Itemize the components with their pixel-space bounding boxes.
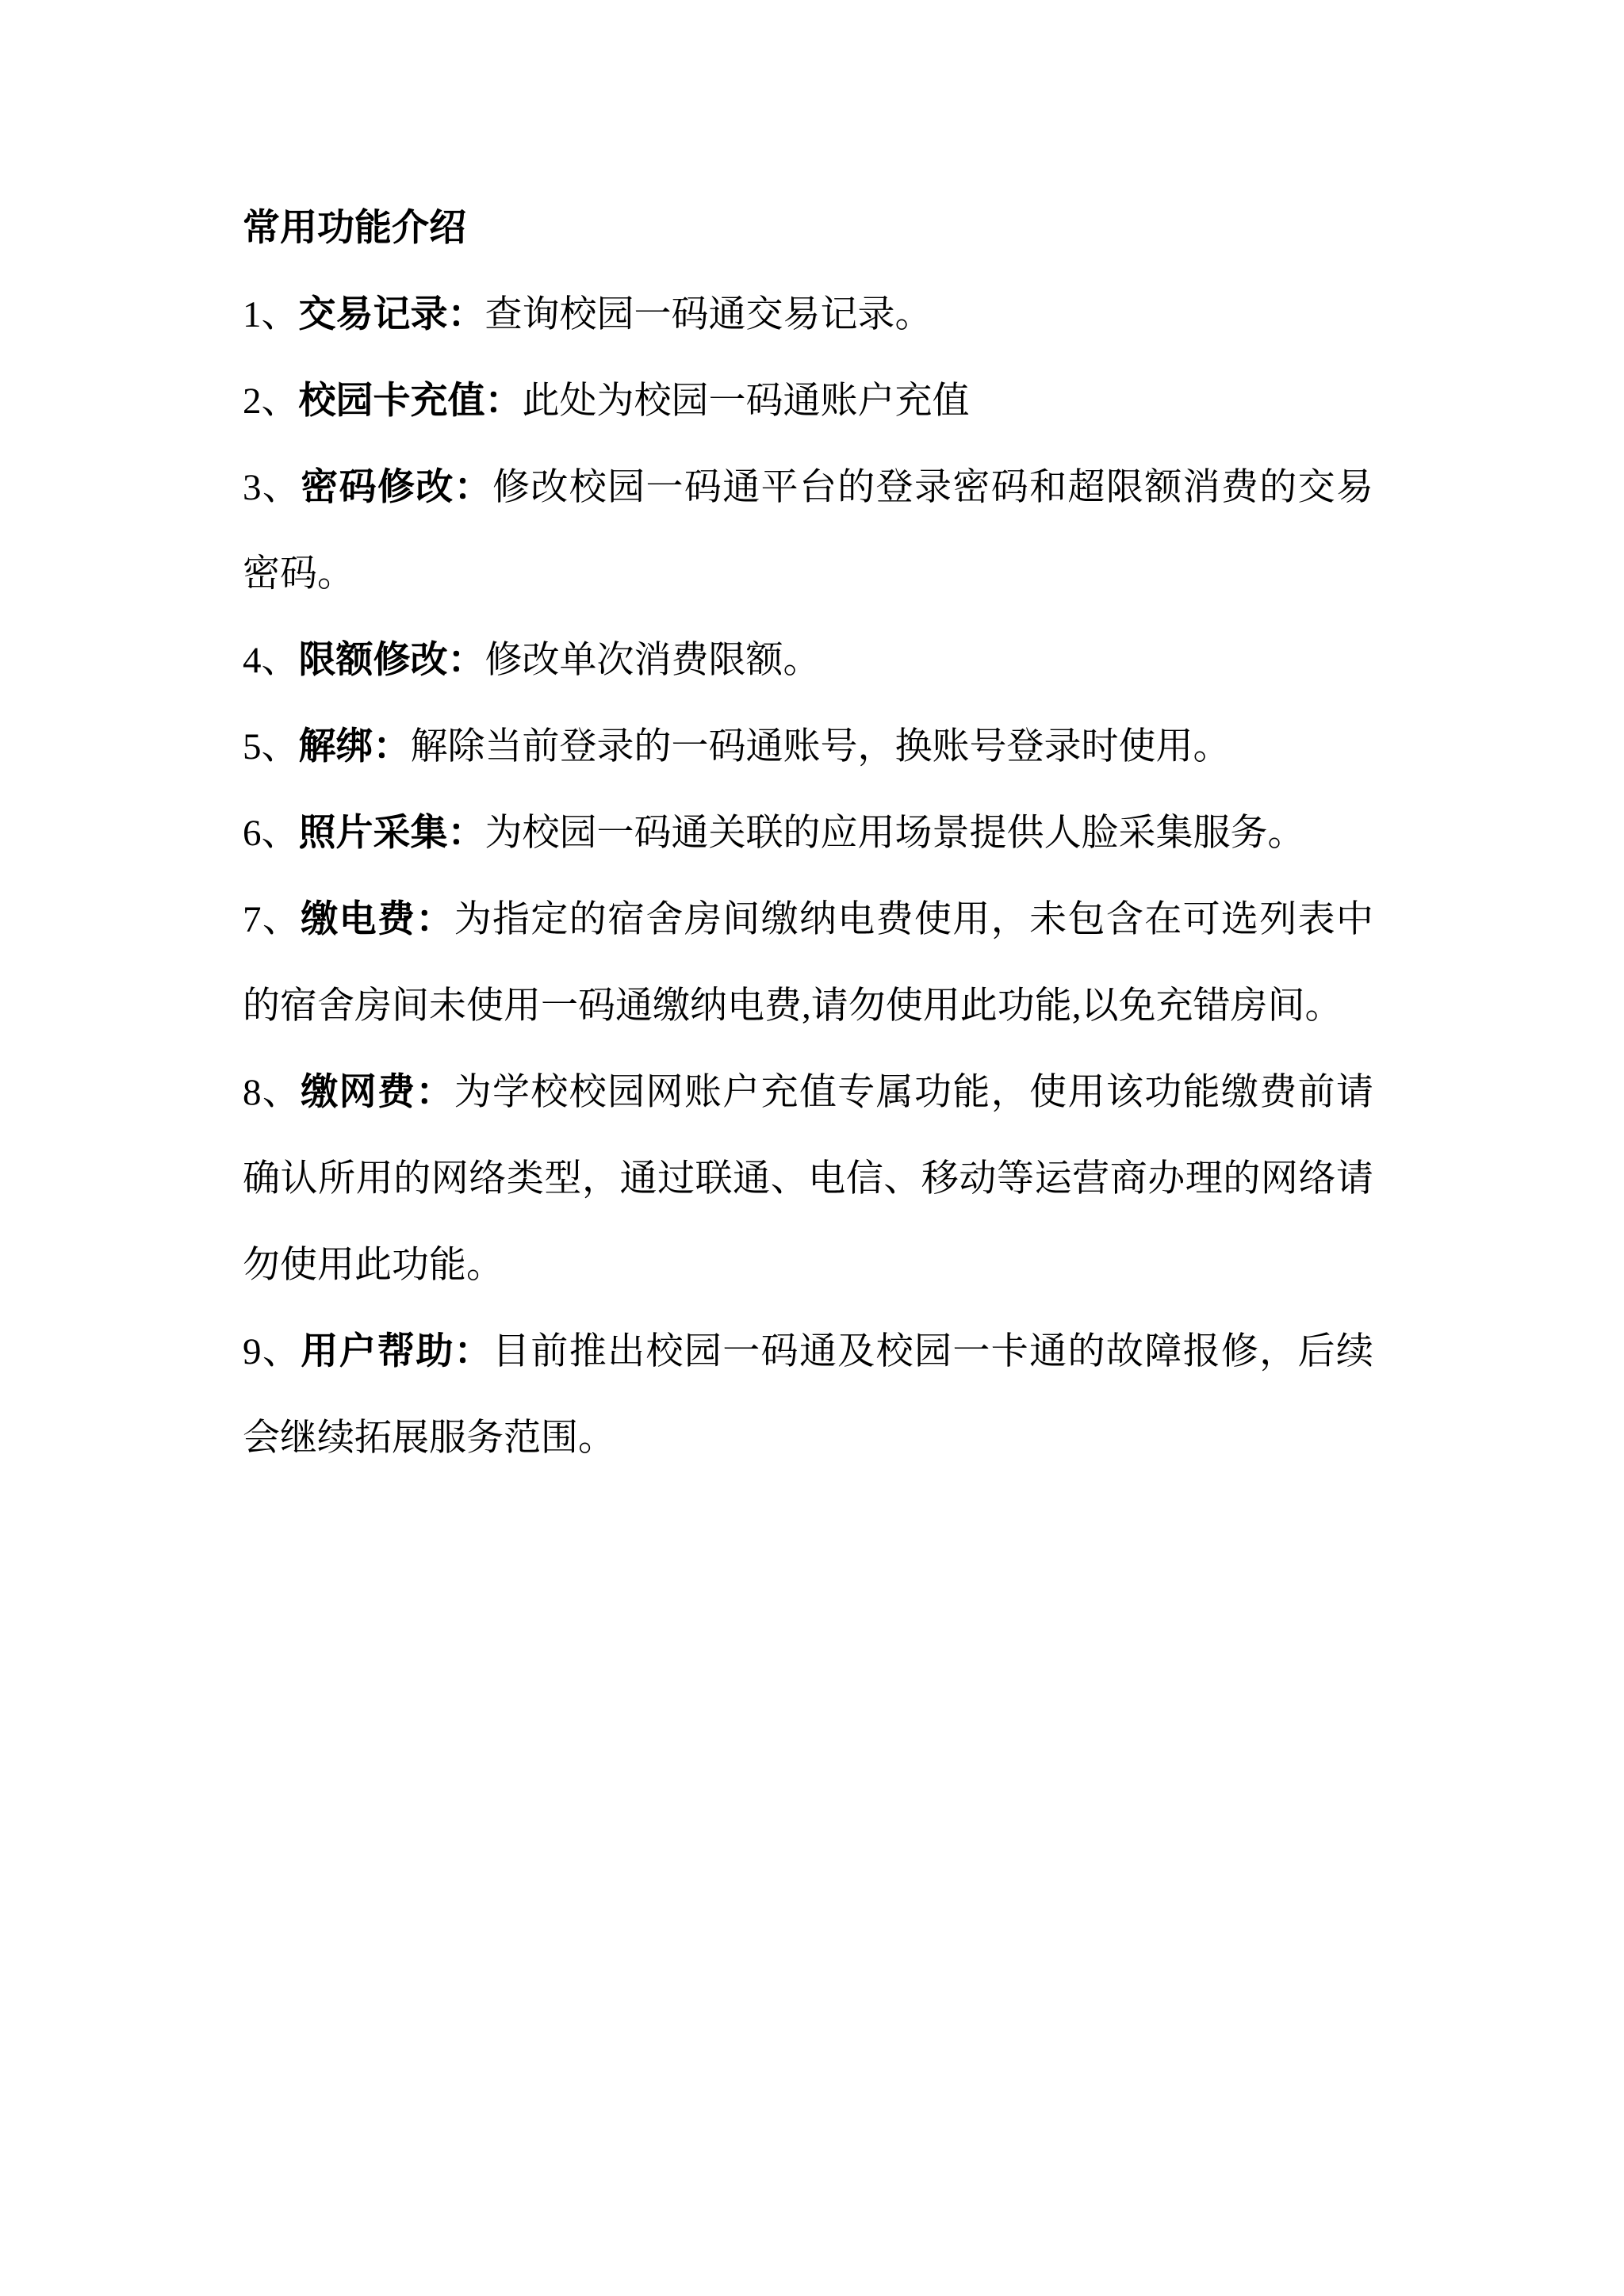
list-item: 2、校园卡充值：此处为校园一码通账户充值 [243, 358, 1373, 445]
item-name: 限额修改： [299, 640, 485, 681]
list-item: 9、用户帮助：目前推出校园一码通及校园一卡通的故障报修，后续会继续拓展服务范围。 [243, 1309, 1373, 1482]
item-name: 缴网费： [301, 1072, 454, 1113]
item-name: 用户帮助： [301, 1331, 492, 1372]
item-name: 解绑： [299, 726, 411, 767]
item-description: 修改单次消费限额。 [485, 640, 821, 681]
item-description: 查询校园一码通交易记录。 [485, 294, 933, 335]
item-description: 此处为校园一码通账户充值 [523, 381, 970, 422]
feature-list: 1、交易记录：查询校园一码通交易记录。 2、校园卡充值：此处为校园一码通账户充值… [243, 272, 1373, 1482]
item-number: 5、 [243, 726, 299, 767]
item-name: 校园卡充值： [299, 381, 523, 422]
item-number: 4、 [243, 640, 299, 681]
page-title: 常用功能介绍 [243, 186, 1373, 272]
list-item: 8、缴网费：为学校校园网账户充值专属功能，使用该功能缴费前请确认所用的网络类型，… [243, 1050, 1373, 1309]
item-name: 交易记录： [299, 294, 485, 335]
list-item: 4、限额修改：修改单次消费限额。 [243, 618, 1373, 704]
item-name: 密码修改： [301, 467, 492, 508]
list-item: 1、交易记录：查询校园一码通交易记录。 [243, 272, 1373, 358]
item-description: 解除当前登录的一码通账号，换账号登录时使用。 [411, 726, 1231, 767]
list-item: 5、解绑：解除当前登录的一码通账号，换账号登录时使用。 [243, 704, 1373, 790]
item-description: 为校园一码通关联的应用场景提供人脸采集服务。 [485, 813, 1305, 854]
document-content: 常用功能介绍 1、交易记录：查询校园一码通交易记录。 2、校园卡充值：此处为校园… [243, 186, 1373, 1482]
list-item: 6、照片采集：为校园一码通关联的应用场景提供人脸采集服务。 [243, 790, 1373, 877]
document-page: 常用功能介绍 1、交易记录：查询校园一码通交易记录。 2、校园卡充值：此处为校园… [0, 0, 1624, 2296]
item-number: 3、 [243, 467, 301, 508]
item-number: 6、 [243, 813, 299, 854]
item-number: 8、 [243, 1072, 301, 1113]
item-name: 缴电费： [301, 899, 454, 940]
item-number: 2、 [243, 381, 299, 422]
item-name: 照片采集： [299, 813, 485, 854]
item-number: 7、 [243, 899, 301, 940]
list-item: 3、密码修改：修改校园一码通平台的登录密码和超限额消费的交易密码。 [243, 445, 1373, 618]
item-number: 9、 [243, 1331, 301, 1372]
item-number: 1、 [243, 294, 299, 335]
list-item: 7、缴电费：为指定的宿舍房间缴纳电费使用，未包含在可选列表中的宿舍房间未使用一码… [243, 877, 1373, 1050]
